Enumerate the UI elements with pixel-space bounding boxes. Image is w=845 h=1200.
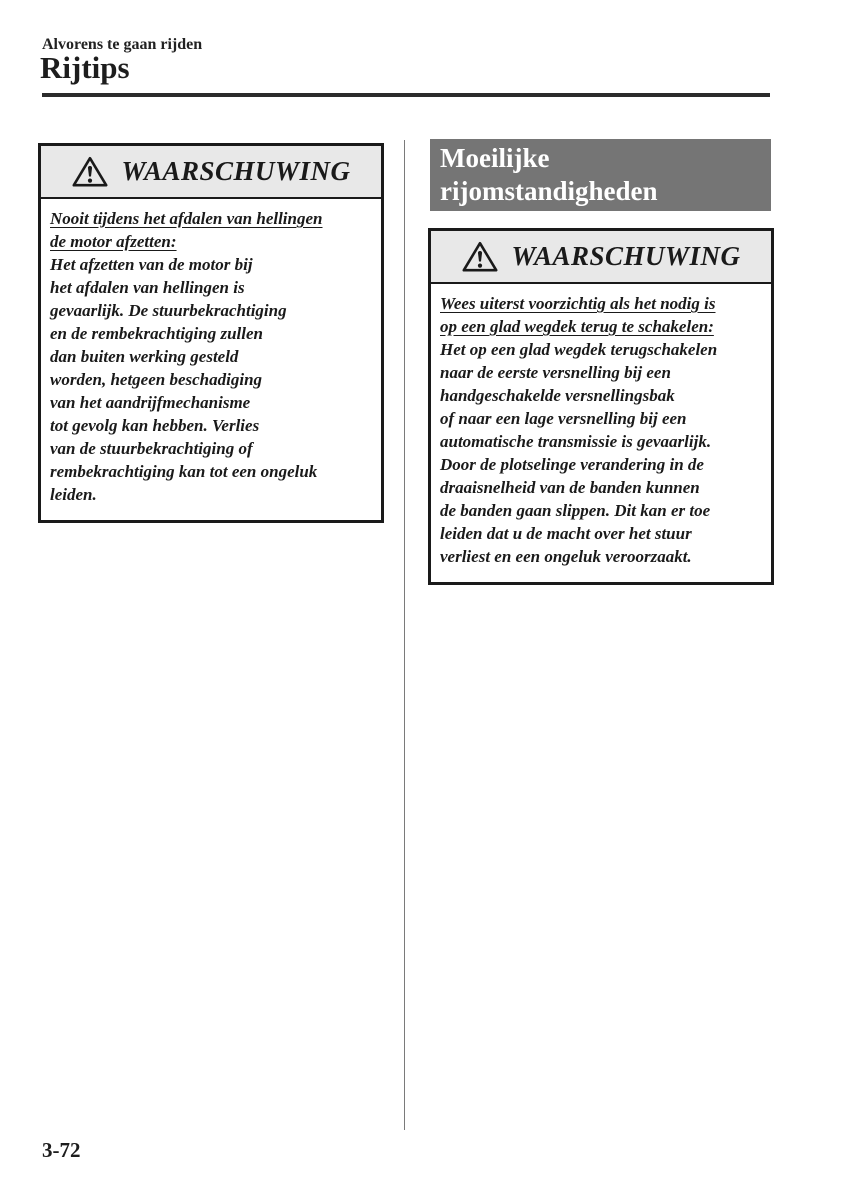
warning-text: Het op een glad wegdek terugschakelen na…	[440, 338, 763, 568]
warning-body: Wees uiterst voorzichtig als het nodig i…	[431, 284, 771, 582]
warning-box-downshift: WAARSCHUWING Wees uiterst voorzichtig al…	[428, 228, 774, 585]
warning-triangle-icon	[71, 155, 109, 189]
warning-header: WAARSCHUWING	[41, 146, 381, 199]
warning-box-downhill: WAARSCHUWING Nooit tijdens het afdalen v…	[38, 143, 384, 523]
page-title: Rijtips	[40, 50, 130, 86]
column-divider	[404, 140, 405, 1130]
section-title-difficult-driving: Moeilijke rijomstandigheden	[430, 139, 771, 211]
warning-body: Nooit tijdens het afdalen van hellingen …	[41, 199, 381, 520]
warning-title: WAARSCHUWING	[121, 156, 350, 187]
warning-lead: Wees uiterst voorzichtig als het nodig i…	[440, 292, 763, 338]
warning-title: WAARSCHUWING	[511, 241, 740, 272]
warning-lead: Nooit tijdens het afdalen van hellingen …	[50, 207, 373, 253]
title-rule	[42, 93, 770, 97]
warning-header: WAARSCHUWING	[431, 231, 771, 284]
page-number: 3-72	[42, 1138, 81, 1163]
warning-triangle-icon	[461, 240, 499, 274]
warning-text: Het afzetten van de motor bij het afdale…	[50, 253, 373, 506]
manual-page: Alvorens te gaan rijden Rijtips WAARSCHU…	[0, 0, 845, 1200]
